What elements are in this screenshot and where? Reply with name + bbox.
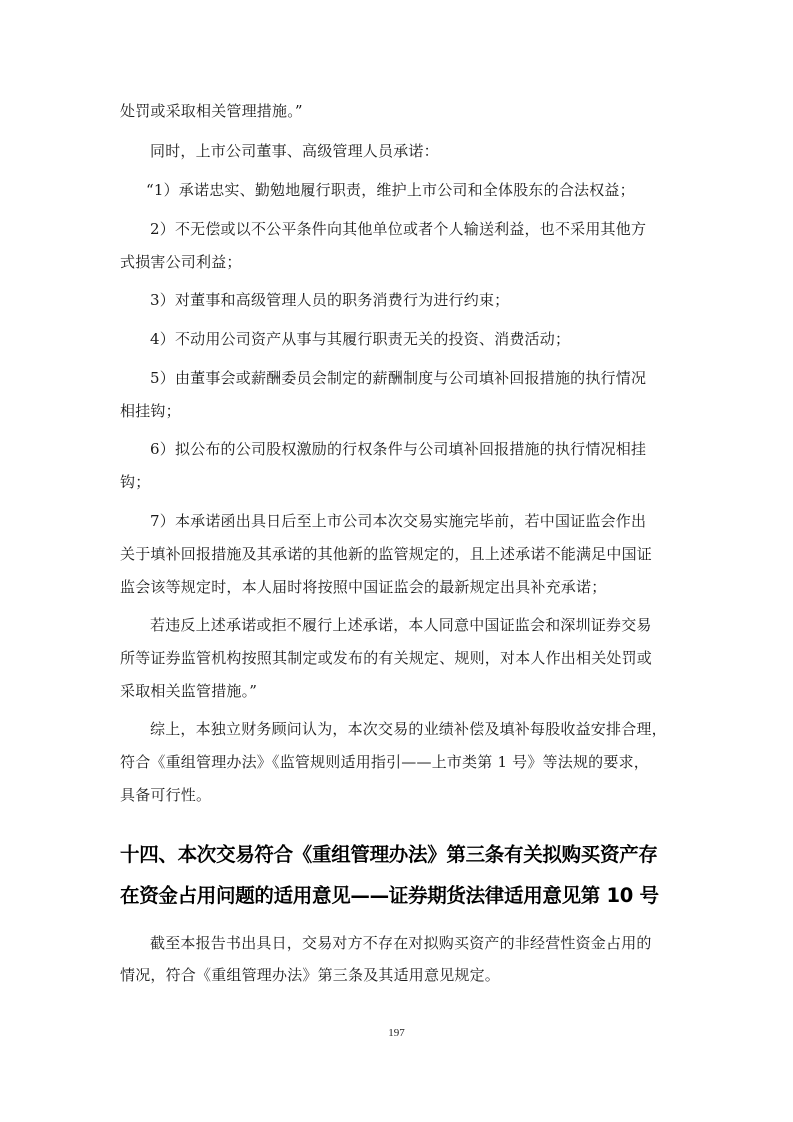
text-line: 采取相关监管措施。” xyxy=(120,681,673,701)
text-line: 钩； xyxy=(120,472,673,492)
text-line: 7）本承诺函出具日后至上市公司本次交易实施完毕前，若中国证监会作出 xyxy=(150,511,673,531)
text-line: 综上，本独立财务顾问认为，本次交易的业绩补偿及填补每股收益安排合理， xyxy=(150,719,673,739)
text-line: 关于填补回报措施及其承诺的其他新的监管规定的，且上述承诺不能满足中国证 xyxy=(120,544,673,564)
text-line: 截至本报告书出具日，交易对方不存在对拟购买资产的非经营性资金占用的 xyxy=(150,933,673,953)
text-line: 所等证券监管机构按照其制定或发布的有关规定、规则，对本人作出相关处罚或 xyxy=(120,648,673,668)
text-line: 5）由董事会或薪酬委员会制定的薪酬制度与公司填补回报措施的执行情况 xyxy=(150,368,673,388)
text-line: 2）不无偿或以不公平条件向其他单位或者个人输送利益，也不采用其他方 xyxy=(150,219,673,239)
text-line: 具备可行性。 xyxy=(120,785,673,805)
text-line: 3）对董事和高级管理人员的职务消费行为进行约束； xyxy=(150,290,673,310)
section-heading-line-1: 十四、本次交易符合《重组管理办法》第三条有关拟购买资产存 xyxy=(120,842,680,868)
text-line: 式损害公司利益； xyxy=(120,252,673,272)
text-line: 监会该等规定时，本人届时将按照中国证监会的最新规定出具补充承诺； xyxy=(120,577,673,597)
text-line: 若违反上述承诺或拒不履行上述承诺，本人同意中国证监会和深圳证券交易 xyxy=(150,615,673,635)
text-line: 6）拟公布的公司股权激励的行权条件与公司填补回报措施的执行情况相挂 xyxy=(150,439,673,459)
page-number: 197 xyxy=(0,1027,793,1039)
text-line: 情况，符合《重组管理办法》第三条及其适用意见规定。 xyxy=(120,965,673,985)
text-line: “1）承诺忠实、勤勉地履行职责，维护上市公司和全体股东的合法权益； xyxy=(146,180,699,200)
section-heading-line-2: 在资金占用问题的适用意见——证券期货法律适用意见第 10 号 xyxy=(120,883,680,909)
text-line: 同时，上市公司董事、高级管理人员承诺： xyxy=(150,141,673,161)
text-line: 4）不动用公司资产从事与其履行职责无关的投资、消费活动； xyxy=(150,329,673,349)
text-line: 符合《重组管理办法》《监管规则适用指引——上市类第 1 号》等法规的要求， xyxy=(120,752,673,772)
text-line: 相挂钩； xyxy=(120,401,673,421)
text-line: 处罚或采取相关管理措施。” xyxy=(120,101,673,121)
